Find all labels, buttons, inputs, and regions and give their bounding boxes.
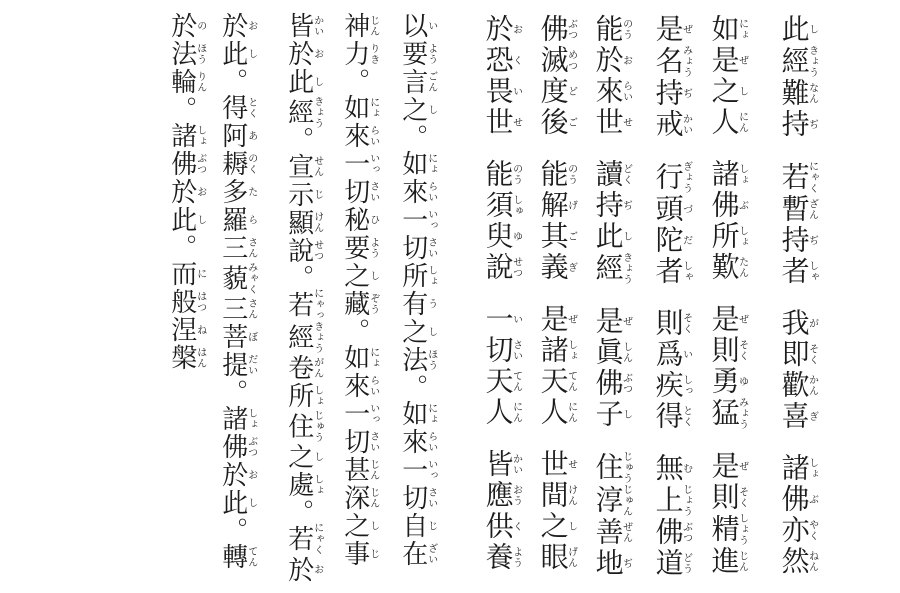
furigana: ゆ <box>737 366 748 397</box>
furigana: きょう <box>621 252 632 285</box>
furigana: し <box>246 40 257 68</box>
kanji-with-furigana: 之し <box>537 511 568 542</box>
kanji-with-furigana: 行ぎょう <box>652 161 683 194</box>
prose-column-3: 皆かい於お此し經きょう。宣せん示じ顯けん說せつ。若にゃっ經きょう卷がん所しょ住じ… <box>280 12 322 584</box>
furigana: ぜ <box>621 306 632 337</box>
kanji-with-furigana: 佛ぶつ <box>168 150 197 178</box>
furigana: し <box>566 511 577 542</box>
furigana: じゅう <box>621 451 632 484</box>
kanji-with-furigana: 佛ぶつ <box>537 14 568 45</box>
kanji-with-furigana: 於の <box>168 12 197 40</box>
furigana: にょ <box>426 150 437 178</box>
kanji-with-furigana: 難なん <box>778 78 809 109</box>
furigana: じ <box>368 540 379 568</box>
kanji-with-furigana: 天てん <box>482 366 513 397</box>
furigana: めつ <box>566 45 577 76</box>
kanji-with-furigana: 來らい <box>399 428 428 456</box>
verse-column-4: 能のう於お來らい世せ讀どく持ぢ此し經きょう是ぜ眞しん佛ぶつ子し住じゅう淳じゅん善… <box>586 14 631 579</box>
kanji-with-furigana: 則そく <box>652 308 683 339</box>
kanji-with-furigana: 來らい <box>592 76 623 107</box>
kanji-with-furigana: 得とく <box>219 94 248 122</box>
furigana: のう <box>511 159 522 190</box>
kanji-with-furigana: 度ど <box>537 76 568 107</box>
kanji-with-furigana: 子し <box>592 399 623 430</box>
furigana: ぶつ <box>681 517 692 548</box>
kanji-with-furigana: 佛ぶつ <box>219 433 248 461</box>
furigana: だい <box>246 351 257 379</box>
kanji-with-furigana: 佛ぶつ <box>592 368 623 399</box>
kanji-with-furigana: 能のう <box>482 159 513 190</box>
furigana: なん <box>807 78 818 109</box>
kanji-with-furigana: 一いっ <box>341 400 370 428</box>
furigana: む <box>681 453 692 484</box>
verse-column-6: 於お恐く畏い世せ能のう須しゅ臾ゆ說せつ一い切さい天てん人にん皆かい應おう供く養よ… <box>476 14 521 573</box>
furigana: げん <box>566 542 577 573</box>
kanji-with-furigana: 一いっ <box>399 206 428 234</box>
kanji-with-furigana: 說せつ <box>285 237 314 265</box>
kanji-with-furigana: 於お <box>285 40 314 68</box>
furigana: ざい <box>426 540 437 568</box>
furigana: よう <box>426 40 437 68</box>
kanji-with-furigana: 歎たん <box>708 252 739 283</box>
kanji-with-furigana: 住じゅう <box>285 410 314 443</box>
kanji-with-furigana: 是ぜ <box>708 304 739 335</box>
kanji-with-furigana: 精しょう <box>708 513 739 546</box>
furigana: に <box>195 260 206 288</box>
kanji-with-furigana: 多た <box>219 178 248 206</box>
character-group: 於の法ほう輪りん。諸しょ佛ぶつ於お此し。而に般はつ涅ね槃はん <box>168 12 197 372</box>
furigana: にょ <box>737 14 748 45</box>
kanji-with-furigana: 後ご <box>537 107 568 138</box>
furigana: さい <box>426 234 437 262</box>
furigana: じん <box>368 12 379 40</box>
furigana: ぎょう <box>681 161 692 194</box>
character-group: 無む上じょう佛ぶつ道どう <box>652 453 683 579</box>
furigana: い <box>511 304 522 335</box>
kanji-with-furigana: 佛ぶつ <box>652 517 683 548</box>
furigana: かい <box>511 449 522 480</box>
punctuation-maru: 。 <box>285 265 314 291</box>
furigana: にゃっ <box>312 288 323 321</box>
kanji-with-furigana: 淳じゅん <box>592 484 623 517</box>
kanji-with-furigana: 眼げん <box>537 542 568 573</box>
character-group: 住じゅう淳じゅん善ぜん地ぢ <box>592 451 623 579</box>
character-group: 能のう須しゅ臾ゆ說せつ <box>482 159 513 283</box>
kanji-with-furigana: 耨のく <box>219 150 248 178</box>
kanji-with-furigana: 三さん <box>219 234 248 262</box>
furigana: かい <box>681 109 692 140</box>
kanji-with-furigana: 言ごん <box>399 68 428 96</box>
punctuation-maru: 。 <box>399 124 428 150</box>
furigana: じん <box>368 456 379 484</box>
kanji-with-furigana: 然ねん <box>778 546 809 577</box>
kanji-with-furigana: 亦やく <box>778 515 809 546</box>
kanji-with-furigana: 則そく <box>708 335 739 366</box>
kanji-with-furigana: 卷がん <box>285 354 314 382</box>
kanji-with-furigana: 世せ <box>537 449 568 480</box>
kanji-with-furigana: 如にょ <box>399 400 428 428</box>
prose-column-2: 神じん力りき。如にょ來らい一いっ切さい秘ひ要よう之し藏ぞう。如にょ來らい一いっ切… <box>336 12 378 568</box>
furigana: じ <box>426 512 437 540</box>
kanji-with-furigana: 於お <box>285 556 314 584</box>
furigana: みょう <box>681 45 692 78</box>
furigana: ほう <box>426 346 437 374</box>
furigana: あ <box>246 122 257 150</box>
furigana: だ <box>681 225 692 256</box>
kanji-with-furigana: 以い <box>399 12 428 40</box>
kanji-with-furigana: 滅めつ <box>537 45 568 76</box>
kanji-with-furigana: 而に <box>168 260 197 288</box>
furigana: りき <box>368 40 379 68</box>
furigana: お <box>312 556 323 584</box>
furigana: しょ <box>246 405 257 433</box>
furigana: ゆ <box>511 221 522 252</box>
furigana: い <box>681 339 692 370</box>
kanji-with-furigana: 諸しょ <box>537 335 568 366</box>
furigana: さん <box>246 234 257 262</box>
kanji-with-furigana: 之し <box>708 76 739 107</box>
kanji-with-furigana: 道どう <box>652 548 683 579</box>
kanji-with-furigana: 於お <box>482 14 513 45</box>
punctuation-maru: 。 <box>341 68 370 94</box>
furigana: ほう <box>195 40 206 68</box>
furigana: ぶつ <box>621 368 632 399</box>
kanji-with-furigana: 是ぜ <box>708 45 739 76</box>
furigana: しょ <box>312 471 323 499</box>
furigana: お <box>246 461 257 489</box>
kanji-with-furigana: 如にょ <box>341 94 370 122</box>
kanji-with-furigana: 義ぎ <box>537 252 568 283</box>
kanji-with-furigana: 法ほう <box>399 346 428 374</box>
furigana: にん <box>511 397 522 428</box>
furigana: じん <box>368 484 379 512</box>
furigana: し <box>426 318 437 346</box>
kanji-with-furigana: 於お <box>219 12 248 40</box>
furigana: い <box>511 76 522 107</box>
furigana: にょ <box>426 400 437 428</box>
character-group: 世せ間けん之し眼げん <box>537 449 568 573</box>
furigana: にゃく <box>807 161 818 194</box>
furigana: し <box>426 96 437 124</box>
furigana: う <box>426 290 437 318</box>
furigana: づ <box>681 194 692 225</box>
character-group: 我が即そく歡かん喜ぎ <box>778 308 809 432</box>
furigana: さい <box>368 178 379 206</box>
furigana: し <box>368 512 379 540</box>
kanji-with-furigana: 勇ゆ <box>708 366 739 397</box>
kanji-with-furigana: 若にゃく <box>778 161 809 194</box>
kanji-with-furigana: 深じん <box>341 484 370 512</box>
character-group: 一い切さい天てん人にん <box>482 304 513 428</box>
verse-column-2: 如にょ是ぜ之し人にん諸しょ佛ぶ所しょ歎たん是ぜ則そく勇ゆ猛みょう是ぜ則そく精しょ… <box>702 14 747 577</box>
kanji-with-furigana: 藏ぞう <box>341 290 370 318</box>
kanji-with-furigana: 般はつ <box>168 288 197 316</box>
furigana: し <box>621 221 632 252</box>
kanji-with-furigana: 疾しっ <box>652 370 683 401</box>
furigana: よう <box>511 542 522 573</box>
furigana: がん <box>312 354 323 382</box>
furigana: てん <box>246 543 257 571</box>
kanji-with-furigana: 切さい <box>482 335 513 366</box>
character-group: 以い要よう言ごん之し。如にょ來らい一いっ切さい所しょ有う之し法ほう。如にょ來らい… <box>399 12 428 568</box>
character-group: 是ぜ則そく精しょう進じん <box>708 451 739 577</box>
kanji-with-furigana: 持ぢ <box>592 190 623 221</box>
furigana: ぜん <box>621 517 632 548</box>
kanji-with-furigana: 菩ぼ <box>219 323 248 351</box>
kanji-with-furigana: 臾ゆ <box>482 221 513 252</box>
furigana: ぜ <box>566 304 577 335</box>
kanji-with-furigana: 羅ら <box>219 206 248 234</box>
kanji-with-furigana: 於お <box>592 45 623 76</box>
kanji-with-furigana: 來らい <box>341 372 370 400</box>
kanji-with-furigana: 供く <box>482 511 513 542</box>
furigana: しょ <box>737 159 748 190</box>
punctuation-maru: 。 <box>168 96 197 122</box>
kanji-with-furigana: 歡かん <box>778 370 809 401</box>
kanji-with-furigana: 能のう <box>592 14 623 45</box>
furigana: しょ <box>807 453 818 484</box>
kanji-with-furigana: 我が <box>778 308 809 339</box>
kanji-with-furigana: 戒かい <box>652 109 683 140</box>
furigana: しょ <box>312 382 323 410</box>
kanji-with-furigana: 力りき <box>341 40 370 68</box>
furigana: そく <box>807 339 818 370</box>
furigana: せつ <box>312 237 323 265</box>
furigana: りん <box>195 68 206 96</box>
kanji-with-furigana: 世せ <box>482 107 513 138</box>
furigana: いっ <box>368 150 379 178</box>
character-group: 是ぜ則そく勇ゆ猛みょう <box>708 304 739 430</box>
kanji-with-furigana: 神じん <box>341 12 370 40</box>
furigana: さん <box>246 295 257 323</box>
kanji-with-furigana: 此し <box>285 68 314 96</box>
kanji-with-furigana: 所しょ <box>399 262 428 290</box>
character-group: 是ぜ眞しん佛ぶつ子し <box>592 306 623 430</box>
furigana: せ <box>621 107 632 138</box>
furigana: ぶつ <box>195 150 206 178</box>
kanji-with-furigana: 在ざい <box>399 540 428 568</box>
kanji-with-furigana: 之し <box>399 96 428 124</box>
furigana: きょう <box>312 321 323 354</box>
prose-column-1: 以い要よう言ごん之し。如にょ來らい一いっ切さい所しょ有う之し法ほう。如にょ來らい… <box>394 12 436 568</box>
kanji-with-furigana: 宣せん <box>285 153 314 181</box>
kanji-with-furigana: 猛みょう <box>708 397 739 430</box>
kanji-with-furigana: 若にゃっ <box>285 291 314 322</box>
kanji-with-furigana: 切さい <box>341 178 370 206</box>
kanji-with-furigana: 能のう <box>537 159 568 190</box>
furigana: そく <box>737 482 748 513</box>
furigana: ざん <box>807 194 818 225</box>
furigana: せん <box>312 153 323 181</box>
furigana: みょう <box>737 397 748 430</box>
furigana: しっ <box>681 370 692 401</box>
furigana: しゅ <box>511 190 522 221</box>
kanji-with-furigana: 事じ <box>341 540 370 568</box>
kanji-with-furigana: 三さん <box>219 295 248 323</box>
kanji-with-furigana: 進じん <box>708 546 739 577</box>
furigana: し <box>312 443 323 471</box>
furigana: の <box>195 12 206 40</box>
furigana: お <box>312 40 323 68</box>
furigana: ご <box>566 107 577 138</box>
character-group: 則そく爲い疾しっ得とく <box>652 308 683 432</box>
furigana: らい <box>368 372 379 400</box>
furigana: らい <box>621 76 632 107</box>
punctuation-maru: 。 <box>219 68 248 94</box>
kanji-with-furigana: 自じ <box>399 512 428 540</box>
character-group: 行ぎょう頭づ陀だ者しゃ <box>652 161 683 287</box>
furigana: ぎ <box>807 401 818 432</box>
furigana: ごん <box>426 68 437 96</box>
furigana: いっ <box>368 400 379 428</box>
character-group: 諸しょ佛ぶ所しょ歎たん <box>708 159 739 283</box>
kanji-with-furigana: 甚じん <box>341 456 370 484</box>
furigana: にん <box>566 397 577 428</box>
kanji-with-furigana: 名みょう <box>652 45 683 78</box>
kanji-with-furigana: 若にゃく <box>285 525 314 556</box>
kanji-with-furigana: 如にょ <box>341 344 370 372</box>
kanji-with-furigana: 諸しょ <box>778 453 809 484</box>
kanji-with-furigana: 佛ぶ <box>778 484 809 515</box>
kanji-with-furigana: 涅ね <box>168 316 197 344</box>
punctuation-maru: 。 <box>399 374 428 400</box>
kanji-with-furigana: 應おう <box>482 480 513 511</box>
kanji-with-furigana: 經きょう <box>778 45 809 78</box>
kanji-with-furigana: 者しゃ <box>778 256 809 287</box>
furigana: らい <box>426 428 437 456</box>
verse-column-3: 是ぜ名みょう持ぢ戒かい行ぎょう頭づ陀だ者しゃ則そく爲い疾しっ得とく無む上じょう佛… <box>646 14 691 579</box>
kanji-with-furigana: 陀だ <box>652 225 683 256</box>
furigana: ぜ <box>681 14 692 45</box>
kanji-with-furigana: 轉てん <box>219 543 248 571</box>
furigana: しょう <box>737 513 748 546</box>
character-group: 諸しょ佛ぶ亦やく然ねん <box>778 453 809 577</box>
kanji-with-furigana: 善ぜん <box>592 517 623 548</box>
furigana: ぢ <box>681 78 692 109</box>
prose-column-4: 於お此し。得とく阿あ耨のく多た羅ら三さん藐みゃく三さん菩ぼ提だい。諸しょ佛ぶつ於… <box>214 12 256 571</box>
furigana: し <box>368 262 379 290</box>
furigana: そく <box>737 335 748 366</box>
furigana: お <box>511 14 522 45</box>
character-group: 讀どく持ぢ此し經きょう <box>592 159 623 285</box>
furigana: にん <box>737 107 748 138</box>
furigana: らい <box>368 122 379 150</box>
furigana: しょ <box>566 335 577 366</box>
furigana: とく <box>246 94 257 122</box>
kanji-with-furigana: 頭づ <box>652 194 683 225</box>
kanji-with-furigana: 藐みゃく <box>219 262 248 295</box>
furigana: お <box>246 12 257 40</box>
furigana: た <box>246 178 257 206</box>
sutra-page: 此し經きょう難なん持ぢ若にゃく暫ざん持ぢ者しゃ我が即そく歡かん喜ぎ諸しょ佛ぶ亦や… <box>0 0 900 593</box>
kanji-with-furigana: 是ぜ <box>592 306 623 337</box>
character-group: 於お此し。得とく阿あ耨のく多た羅ら三さん藐みゃく三さん菩ぼ提だい。諸しょ佛ぶつ於… <box>219 12 248 571</box>
furigana: ぶつ <box>566 14 577 45</box>
furigana: く <box>511 45 522 76</box>
furigana: ぢ <box>807 225 818 256</box>
kanji-with-furigana: 世せ <box>592 107 623 138</box>
furigana: おう <box>511 480 522 511</box>
kanji-with-furigana: 一い <box>482 304 513 335</box>
furigana: じゅう <box>312 410 323 443</box>
furigana: にょ <box>368 94 379 122</box>
kanji-with-furigana: 得とく <box>652 401 683 432</box>
furigana: ぜ <box>737 304 748 335</box>
furigana: ぞう <box>368 290 379 318</box>
furigana: のく <box>246 150 257 178</box>
furigana: ぼ <box>246 323 257 351</box>
furigana: ぜ <box>737 451 748 482</box>
furigana: じん <box>737 546 748 577</box>
kanji-with-furigana: 須しゅ <box>482 190 513 221</box>
kanji-with-furigana: 佛ぶ <box>708 190 739 221</box>
verse-column-1: 此し經きょう難なん持ぢ若にゃく暫ざん持ぢ者しゃ我が即そく歡かん喜ぎ諸しょ佛ぶ亦や… <box>772 14 817 577</box>
character-group: 是ぜ名みょう持ぢ戒かい <box>652 14 683 140</box>
furigana: みゃく <box>246 262 257 295</box>
kanji-with-furigana: 恐く <box>482 45 513 76</box>
furigana: にょ <box>368 344 379 372</box>
furigana: さい <box>511 335 522 366</box>
verse-column-5: 佛ぶつ滅めつ度ど後ご能のう解げ其ご義ぎ是ぜ諸しょ天てん人にん世せ間けん之し眼げん <box>531 14 576 573</box>
furigana: しょ <box>195 122 206 150</box>
kanji-with-furigana: 之し <box>341 512 370 540</box>
furigana: ど <box>566 76 577 107</box>
kanji-with-furigana: 經きょう <box>285 96 314 127</box>
kanji-with-furigana: 輪りん <box>168 68 197 96</box>
kanji-with-furigana: 人にん <box>708 107 739 138</box>
kanji-with-furigana: 如にょ <box>399 150 428 178</box>
kanji-with-furigana: 法ほう <box>168 40 197 68</box>
kanji-with-furigana: 之し <box>341 262 370 290</box>
punctuation-maru: 。 <box>285 127 314 153</box>
kanji-with-furigana: 此し <box>778 14 809 45</box>
kanji-with-furigana: 即そく <box>778 339 809 370</box>
furigana: お <box>621 45 632 76</box>
punctuation-maru: 。 <box>341 318 370 344</box>
furigana: ねん <box>807 546 818 577</box>
furigana: じょう <box>681 484 692 517</box>
kanji-with-furigana: 顯けん <box>285 209 314 237</box>
furigana: し <box>737 76 748 107</box>
furigana: やく <box>807 515 818 546</box>
character-group: 如にょ是ぜ之し人にん <box>708 14 739 138</box>
furigana: ら <box>246 206 257 234</box>
furigana: げ <box>566 190 577 221</box>
furigana: お <box>195 178 206 206</box>
character-group: 能のう於お來らい世せ <box>592 14 623 138</box>
furigana: らい <box>426 178 437 206</box>
kanji-with-furigana: 諸しょ <box>708 159 739 190</box>
kanji-with-furigana: 此し <box>592 221 623 252</box>
furigana: が <box>807 308 818 339</box>
furigana: ぶ <box>807 484 818 515</box>
kanji-with-furigana: 一いっ <box>399 456 428 484</box>
furigana: ぢ <box>807 109 818 140</box>
kanji-with-furigana: 有う <box>399 290 428 318</box>
furigana: しょ <box>426 262 437 290</box>
kanji-with-furigana: 人にん <box>482 397 513 428</box>
character-group: 神じん力りき。如にょ來らい一いっ切さい秘ひ要よう之し藏ぞう。如にょ來らい一いっ切… <box>341 12 370 568</box>
furigana: じゅん <box>621 484 632 517</box>
kanji-with-furigana: 間けん <box>537 480 568 511</box>
kanji-with-furigana: 要よう <box>341 234 370 262</box>
furigana: にゃく <box>312 523 323 556</box>
furigana: かい <box>312 12 323 40</box>
kanji-with-furigana: 皆かい <box>482 449 513 480</box>
furigana: そく <box>681 308 692 339</box>
furigana: し <box>195 206 206 234</box>
kanji-with-furigana: 切さい <box>399 234 428 262</box>
